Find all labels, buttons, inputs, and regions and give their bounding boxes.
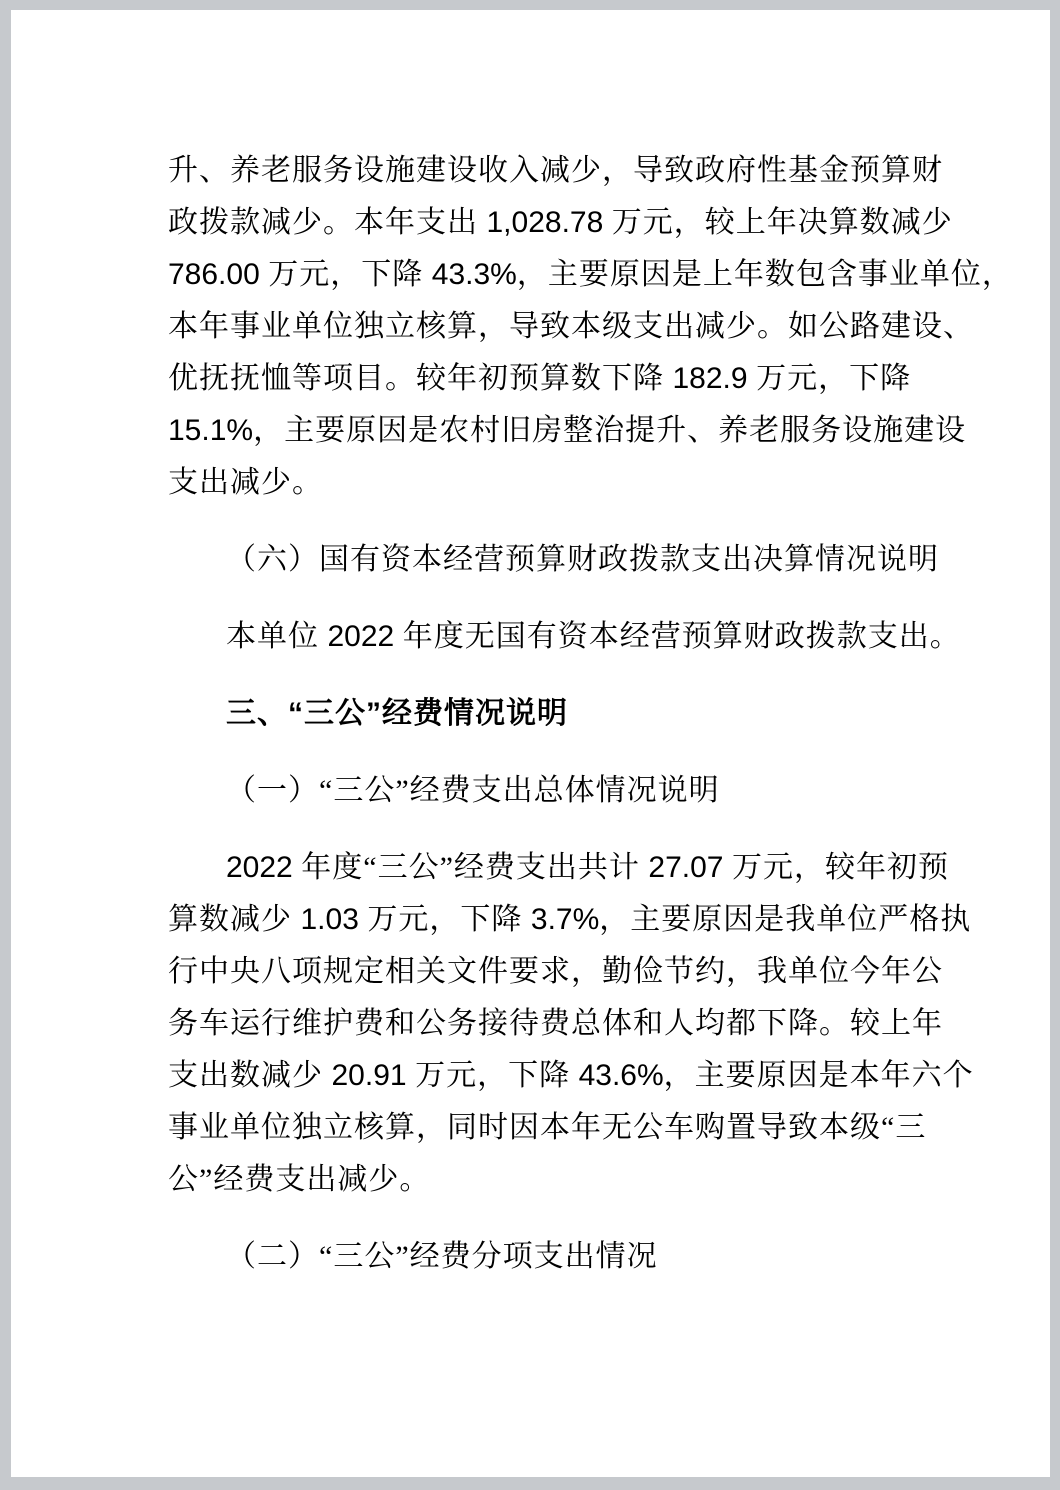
heading-overall-expenditure: （一）“三公”经费支出总体情况说明 — [168, 765, 1015, 817]
paragraph-three-public-overall: 2022 年度“三公”经费支出共计 27.07 万元，较年初预 算数减少 1.0… — [168, 842, 1015, 1206]
heading-itemized-expenditure: （二）“三公”经费分项支出情况 — [168, 1231, 1015, 1283]
heading-state-capital-budget: （六）国有资本经营预算财政拨款支出决算情况说明 — [168, 534, 1015, 586]
viewer-background: 升、养老服务设施建设收入减少，导致政府性基金预算财 政拨款减少。本年支出 1,0… — [0, 0, 1060, 1490]
heading-three-public-funds: 三、“三公”经费情况说明 — [168, 688, 1015, 740]
paragraph-no-state-capital-expenditure: 本单位 2022 年度无国有资本经营预算财政拨款支出。 — [168, 611, 1015, 663]
paragraph-gov-fund-expenditure: 升、养老服务设施建设收入减少，导致政府性基金预算财 政拨款减少。本年支出 1,0… — [168, 145, 1015, 509]
document-page: 升、养老服务设施建设收入减少，导致政府性基金预算财 政拨款减少。本年支出 1,0… — [11, 10, 1050, 1477]
